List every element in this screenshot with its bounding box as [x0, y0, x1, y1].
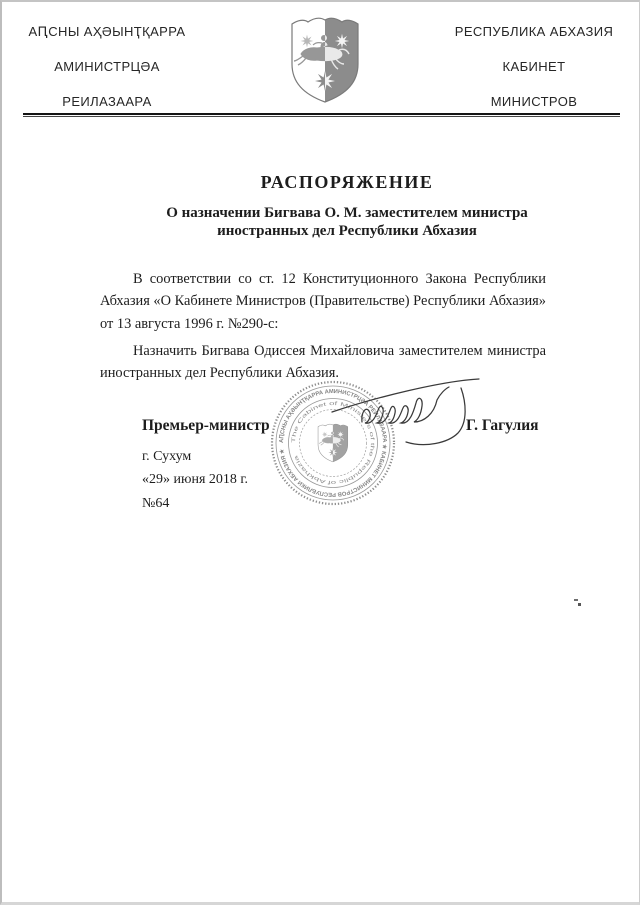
signature-swoosh-stroke — [406, 388, 465, 445]
scan-artifact — [574, 599, 578, 601]
document-subject: О назначении Бигвава О. М. заместителем … — [100, 205, 594, 240]
signature-loops-stroke — [362, 387, 449, 423]
subject-line-1: О назначении Бигвава О. М. заместителем … — [100, 205, 594, 223]
document-title: РАСПОРЯЖЕНИЕ — [100, 172, 594, 193]
footer-number: №64 — [142, 496, 169, 512]
para1-line-3: от 13 августа 1996 г. №290-с: — [100, 313, 546, 335]
para1-line-2: Абхазия «О Кабинете Министров (Правитель… — [100, 290, 546, 312]
handwritten-signature — [282, 370, 492, 460]
letterhead-left-line-1: АԤСНЫ АҲӘЫНҬҚАРРА — [27, 24, 187, 40]
letterhead-left-line-3: РЕИЛАЗААРА — [27, 94, 187, 109]
signer-post-label: Премьер-министр — [142, 417, 270, 435]
para2-line-1: Назначить Бигвава Одиссея Михайловича за… — [100, 340, 546, 362]
scanned-document-page: АԤСНЫ АҲӘЫНҬҚАРРА АМИНИСТРЦӘА РЕИЛАЗААРА… — [0, 0, 640, 905]
letterhead-right-line-2: КАБИНЕТ — [442, 59, 626, 74]
scan-artifact — [578, 603, 581, 606]
letterhead-left-line-2: АМИНИСТРЦӘА — [27, 59, 187, 74]
coat-of-arms-icon — [291, 16, 359, 104]
footer-date: «29» июня 2018 г. — [142, 472, 248, 488]
body-paragraph-1: В соответствии со ст. 12 Конституционног… — [100, 268, 546, 335]
signature-top-stroke — [332, 379, 479, 412]
footer-city: г. Сухум — [142, 449, 191, 465]
header-divider-line — [23, 113, 620, 117]
subject-line-2: иностранных дел Республики Абхазия — [100, 223, 594, 241]
para1-line-1: В соответствии со ст. 12 Конституционног… — [100, 268, 546, 290]
letterhead-right-line-1: РЕСПУБЛИКА АБХАЗИЯ — [442, 24, 626, 39]
letterhead-right-line-3: МИНИСТРОВ — [442, 94, 626, 109]
